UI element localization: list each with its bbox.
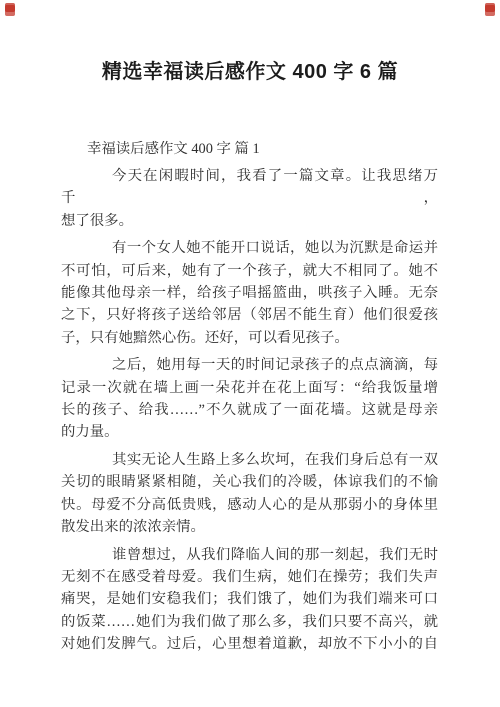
paragraph: 之后，她用每一天的时间记录孩子的点点滴滴，每记录一次就在墙上画一朵花并在花上面写…	[61, 354, 438, 444]
red-seal-icon	[5, 3, 15, 16]
paragraph-list: 今天在闲暇时间，我看了一篇文章。让我思绪万千，想了很多。有一个女人她不能开口说话…	[61, 165, 438, 656]
text-line: 散发出来的浓浓亲情。	[61, 516, 438, 538]
text-line: 有一个女人她不能开口说话，她以为沉默是命运并	[61, 237, 438, 259]
text-line: 今天在闲暇时间，我看了一篇文章。让我思绪万千，	[61, 165, 438, 210]
text-line: 不可怕，可后来，她有了一个孩子，就大不相同了。她不	[61, 260, 438, 282]
paragraph: 今天在闲暇时间，我看了一篇文章。让我思绪万千，想了很多。	[61, 165, 438, 232]
text-line: 其实无论人生路上多么坎坷，在我们身后总有一双	[61, 449, 438, 471]
text-line: 痛哭，是她们安稳我们；我们饿了，她们为我们端来可口	[61, 588, 438, 610]
text-line: 快。母爱不分高低贵贱，感动人心的是从那弱小的身体里	[61, 494, 438, 516]
section-heading: 幸福读后感作文 400 字 篇 1	[61, 138, 438, 160]
text-line: 能像其他母亲一样，给孩子唱摇篮曲，哄孩子入睡。无奈	[61, 282, 438, 304]
document-page: 精选幸福读后感作文 400 字 6 篇 幸福读后感作文 400 字 篇 1 今天…	[0, 0, 500, 707]
text-line: 对她们发脾气。过后，心里想着道歉，却放不下小小的自	[61, 633, 438, 655]
text-line: 的饭菜……她们为我们做了那么多，我们只要不高兴，就	[61, 611, 438, 633]
page-title: 精选幸福读后感作文 400 字 6 篇	[0, 59, 500, 85]
text-line: 想了很多。	[61, 210, 438, 232]
text-line: 长的孩子、给我……”不久就成了一面花墙。这就是母亲	[61, 399, 438, 421]
essay-body: 幸福读后感作文 400 字 篇 1 今天在闲暇时间，我看了一篇文章。让我思绪万千…	[61, 138, 438, 656]
text-line: 之后，她用每一天的时间记录孩子的点点滴滴，每	[61, 354, 438, 376]
paragraph: 谁曾想过，从我们降临人间的那一刻起，我们无时无刻不在感受着母爱。我们生病，她们在…	[61, 544, 438, 656]
text-line: 之下，只好将孩子送给邻居（邻居不能生育）他们很爱孩	[61, 304, 438, 326]
text-line: 谁曾想过，从我们降临人间的那一刻起，我们无时	[61, 544, 438, 566]
text-line: 记录一次就在墙上画一朵花并在花上面写：“给我饭量增	[61, 377, 438, 399]
text-line: 子，只有她黯然心伤。还好，可以看见孩子。	[61, 327, 438, 349]
text-line: 无刻不在感受着母爱。我们生病，她们在操劳；我们失声	[61, 566, 438, 588]
red-seal-icon	[485, 3, 495, 16]
paragraph: 有一个女人她不能开口说话，她以为沉默是命运并不可怕，可后来，她有了一个孩子，就大…	[61, 237, 438, 349]
text-line: 的力量。	[61, 421, 438, 443]
text-line: 关切的眼睛紧紧相随，关心我们的冷暖，体谅我们的不愉	[61, 471, 438, 493]
paragraph: 其实无论人生路上多么坎坷，在我们身后总有一双关切的眼睛紧紧相随，关心我们的冷暖，…	[61, 449, 438, 539]
